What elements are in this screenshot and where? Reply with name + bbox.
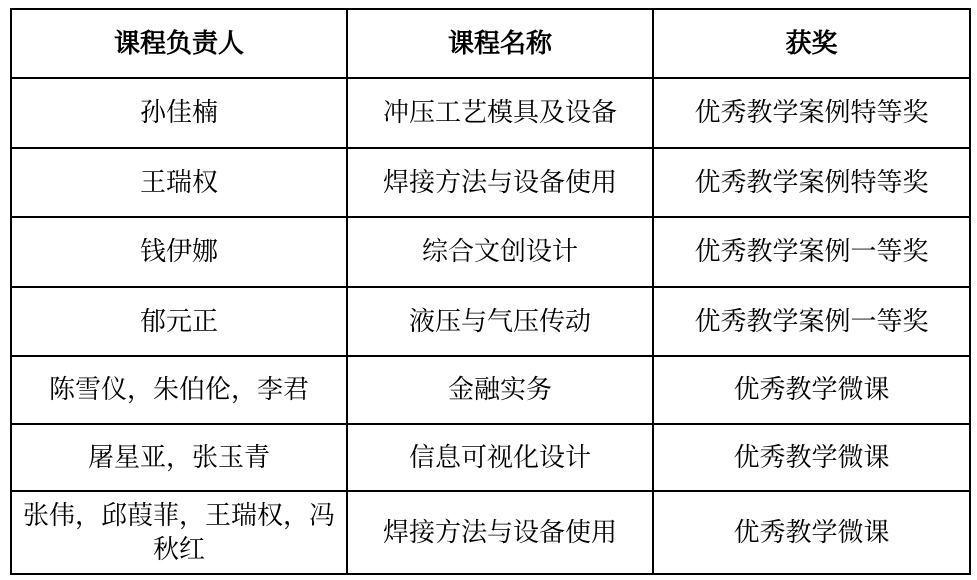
cell-award: 优秀教学案例一等奖 (653, 217, 970, 287)
table-row: 屠星亚，张玉青 信息可视化设计 优秀教学微课 (11, 424, 970, 491)
cell-course-leader: 张伟，邱葭菲，王瑞权，冯秋红 (11, 491, 347, 574)
cell-award: 优秀教学案例特等奖 (653, 148, 970, 217)
cell-award: 优秀教学案例特等奖 (653, 78, 970, 148)
cell-course-name: 焊接方法与设备使用 (347, 148, 653, 217)
cell-course-name: 金融实务 (347, 356, 653, 424)
awards-table: 课程负责人 课程名称 获奖 孙佳楠 冲压工艺模具及设备 优秀教学案例特等奖 王瑞… (10, 8, 971, 575)
table-row: 钱伊娜 综合文创设计 优秀教学案例一等奖 (11, 217, 970, 287)
cell-award: 优秀教学案例一等奖 (653, 287, 970, 356)
header-course-leader: 课程负责人 (11, 9, 347, 78)
cell-course-leader: 孙佳楠 (11, 78, 347, 148)
header-award: 获奖 (653, 9, 970, 78)
cell-course-name: 液压与气压传动 (347, 287, 653, 356)
cell-course-leader: 陈雪仪，朱伯伦，李君 (11, 356, 347, 424)
cell-course-name: 综合文创设计 (347, 217, 653, 287)
table-row: 陈雪仪，朱伯伦，李君 金融实务 优秀教学微课 (11, 356, 970, 424)
cell-course-name: 信息可视化设计 (347, 424, 653, 491)
cell-course-name: 焊接方法与设备使用 (347, 491, 653, 574)
cell-course-leader: 郁元正 (11, 287, 347, 356)
cell-course-leader: 屠星亚，张玉青 (11, 424, 347, 491)
cell-course-name: 冲压工艺模具及设备 (347, 78, 653, 148)
table-row: 孙佳楠 冲压工艺模具及设备 优秀教学案例特等奖 (11, 78, 970, 148)
cell-course-leader: 王瑞权 (11, 148, 347, 217)
table-row: 张伟，邱葭菲，王瑞权，冯秋红 焊接方法与设备使用 优秀教学微课 (11, 491, 970, 574)
cell-course-leader: 钱伊娜 (11, 217, 347, 287)
cell-award: 优秀教学微课 (653, 424, 970, 491)
header-row: 课程负责人 课程名称 获奖 (11, 9, 970, 78)
table-row: 王瑞权 焊接方法与设备使用 优秀教学案例特等奖 (11, 148, 970, 217)
table-row: 郁元正 液压与气压传动 优秀教学案例一等奖 (11, 287, 970, 356)
header-course-name: 课程名称 (347, 9, 653, 78)
cell-award: 优秀教学微课 (653, 491, 970, 574)
cell-award: 优秀教学微课 (653, 356, 970, 424)
